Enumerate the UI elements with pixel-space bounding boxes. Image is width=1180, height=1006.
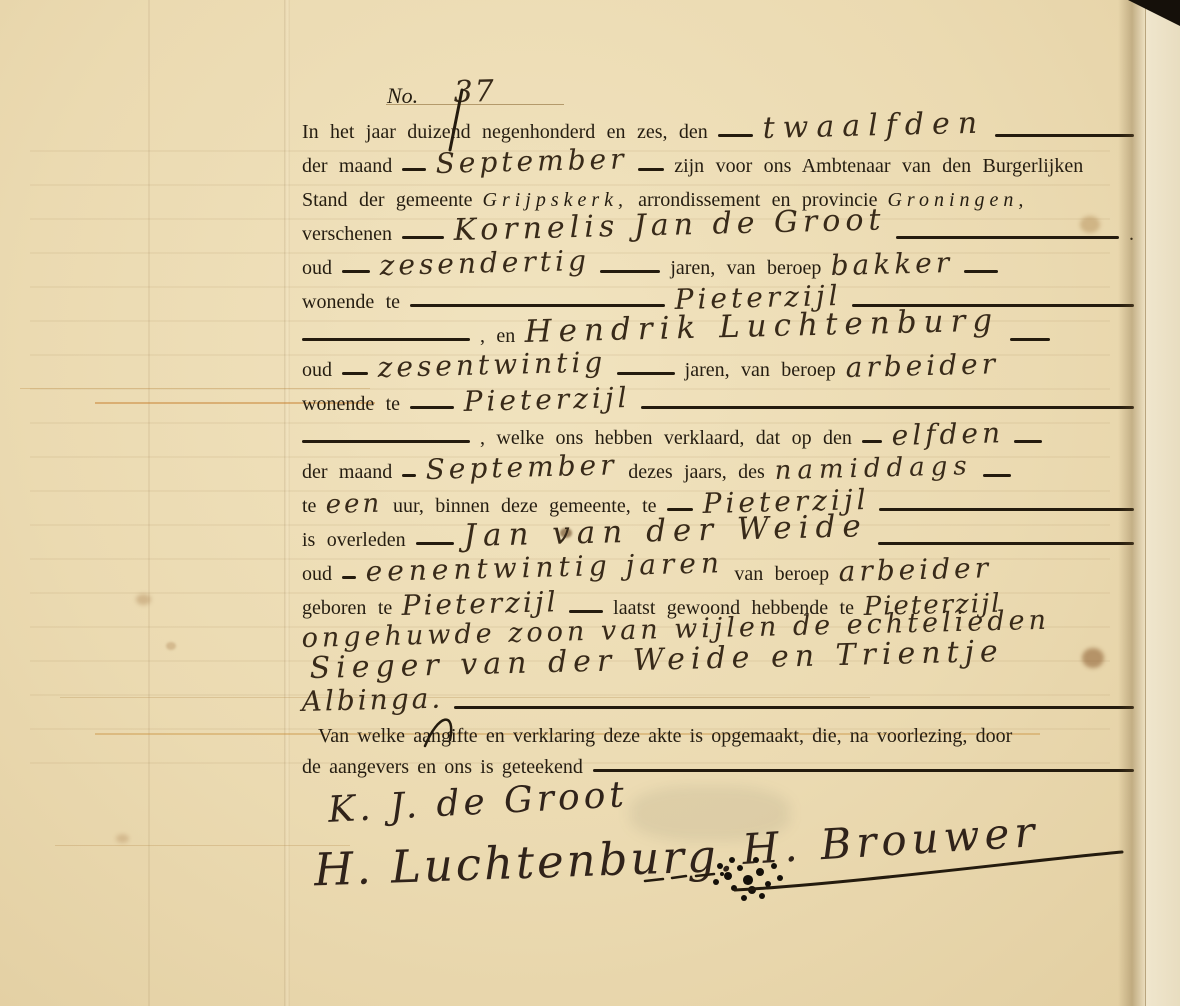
entry-parents-line3: Albinga. <box>301 685 443 716</box>
death-record-scan: No.37In het jaar duizend negenhonderd en… <box>0 0 1180 1006</box>
form-rule <box>402 168 426 171</box>
form-rule <box>410 304 665 307</box>
entry-deceased-occupation: arbeider <box>838 554 992 586</box>
entry-death-daypart: namiddags <box>774 453 973 484</box>
printed-and-label: , en <box>480 325 515 348</box>
form-rule <box>600 270 660 273</box>
printed-age-label-1: oud <box>302 257 332 280</box>
printed-age-label-2: oud <box>302 359 332 382</box>
entry-month: September <box>436 145 629 178</box>
form-rule <box>416 542 454 545</box>
form-rule <box>454 706 1134 709</box>
entry-declarant2-name: Hendrik Luchtenburg <box>525 305 1000 348</box>
entry-death-hour: een <box>326 491 383 518</box>
foxing-stain <box>166 642 176 650</box>
form-line: , enHendrik Luchtenburg <box>302 314 1134 348</box>
act-content: No.37In het jaar duizend negenhonderd en… <box>302 62 1134 779</box>
form-rule <box>964 270 998 273</box>
form-line: der maandSeptemberzijn voor ons Ambtenaa… <box>302 144 1134 178</box>
act-number-label: No. <box>387 83 418 108</box>
form-line: verschenenKornelis Jan de Groot. <box>302 212 1134 246</box>
signature-declarant2: H. Luchtenburg. <box>313 829 737 897</box>
entry-act-number: 37 <box>453 77 496 108</box>
printed-residence-label-2: wonende te <box>302 393 400 416</box>
entry-declarant2-age: zesentwintig <box>377 348 606 382</box>
printed-closing-line2: de aangevers en ons is geteekend <box>302 756 583 779</box>
printed-occupation-label-2: jaren, van beroep <box>685 359 836 382</box>
form-rule <box>1010 338 1050 341</box>
printed-month-label: der maand <box>302 155 392 178</box>
form-rule <box>638 168 664 171</box>
printed-death-month-label: der maand <box>302 461 392 484</box>
printed-declaration-line: , welke ons hebben verklaard, dat op den <box>480 427 852 450</box>
form-rule <box>302 440 470 443</box>
printed-occupation-label-1: jaren, van beroep <box>670 257 821 280</box>
entry-declarant2-occupation: arbeider <box>845 350 999 382</box>
printed-residence-label-1: wonende te <box>302 291 400 314</box>
paper-crease <box>148 0 150 1006</box>
form-rule <box>667 508 693 511</box>
form-rule <box>983 474 1011 477</box>
printed-appeared-label: verschenen <box>302 223 392 246</box>
page-fold <box>284 0 290 1006</box>
binding-fold-shadow <box>1118 0 1146 1006</box>
foxing-stain <box>116 834 129 843</box>
printed-birthplace-label: geboren te <box>302 597 392 620</box>
printed-at-label: te <box>302 495 316 518</box>
ink-splatter <box>720 872 724 876</box>
entry-death-month: September <box>426 451 619 484</box>
form-rule <box>617 372 675 375</box>
form-line: wonende tePieterzijl <box>302 382 1134 416</box>
next-page-edge <box>1145 0 1180 1006</box>
entry-deceased-age: eenentwintig jaren <box>365 549 724 586</box>
printed-municipality-label: Stand der gemeente <box>302 189 473 212</box>
form-line: No.37 <box>302 62 1134 108</box>
form-rule <box>410 406 454 409</box>
entry-day: twaalfden <box>762 109 985 144</box>
printed-closing-line1: Van welke aangifte en verklaring deze ak… <box>318 725 1012 748</box>
form-line: oudeenentwintig jarenvan beroeparbeider <box>302 552 1134 586</box>
form-line: , welke ons hebben verklaard, dat op den… <box>302 416 1134 450</box>
form-line: Van welke aangifte en verklaring deze ak… <box>302 716 1134 748</box>
form-rule <box>879 508 1134 511</box>
form-rule <box>342 576 356 579</box>
signature-registrar: H. Brouwer <box>741 807 1041 874</box>
printed-province: Groningen, <box>887 189 1028 212</box>
form-rule <box>641 406 1134 409</box>
form-rule <box>402 474 416 477</box>
printed-deceased-occupation-label: van beroep <box>734 563 829 586</box>
signature-declarant1: K. J. de Groot <box>327 774 629 831</box>
form-rule <box>342 372 368 375</box>
entry-declarant1-occupation: bakker <box>831 249 954 280</box>
form-line: Albinga. <box>302 684 1134 716</box>
entry-death-day: elfden <box>891 419 1004 450</box>
printed-year-line: In het jaar duizend negenhonderd en zes,… <box>302 121 708 144</box>
form-line: In het jaar duizend negenhonderd en zes,… <box>302 110 1134 144</box>
form-line: oudzesentwintigjaren, van beroeparbeider <box>302 348 1134 382</box>
form-rule <box>402 236 444 239</box>
document-lines: No.37In het jaar duizend negenhonderd en… <box>302 62 1134 779</box>
form-rule <box>593 769 1134 772</box>
form-rule <box>302 338 470 341</box>
entry-birthplace: Pieterzijl <box>402 588 560 620</box>
form-rule <box>896 236 1119 239</box>
form-line: oudzesendertigjaren, van beroepbakker <box>302 246 1134 280</box>
printed-of-this-year: dezes jaars, des <box>628 461 765 484</box>
entry-deceased-name: Jan van der Weide <box>463 511 868 552</box>
form-line: der maandSeptemberdezes jaars, desnamidd… <box>302 450 1134 484</box>
printed-deceased-age-label: oud <box>302 563 332 586</box>
form-line: Sieger van der Weide en Trientje <box>302 652 1134 684</box>
form-rule <box>878 542 1134 545</box>
margin-streak <box>55 845 350 846</box>
entry-declarant1-age: zesendertig <box>379 247 590 280</box>
form-rule <box>342 270 370 273</box>
printed-registrar-line: zijn voor ons Ambtenaar van den Burgerli… <box>674 155 1083 178</box>
form-rule <box>718 134 753 137</box>
form-rule <box>995 134 1134 137</box>
form-line: de aangevers en ons is geteekend <box>302 748 1134 779</box>
form-rule <box>862 440 882 443</box>
entry-declarant1-name: Kornelis Jan de Groot <box>453 205 886 246</box>
printed-deceased-label: is overleden <box>302 529 406 552</box>
entry-declarant2-residence: Pieterzijl <box>463 384 631 416</box>
form-rule <box>1014 440 1042 443</box>
form-rule <box>569 610 603 613</box>
